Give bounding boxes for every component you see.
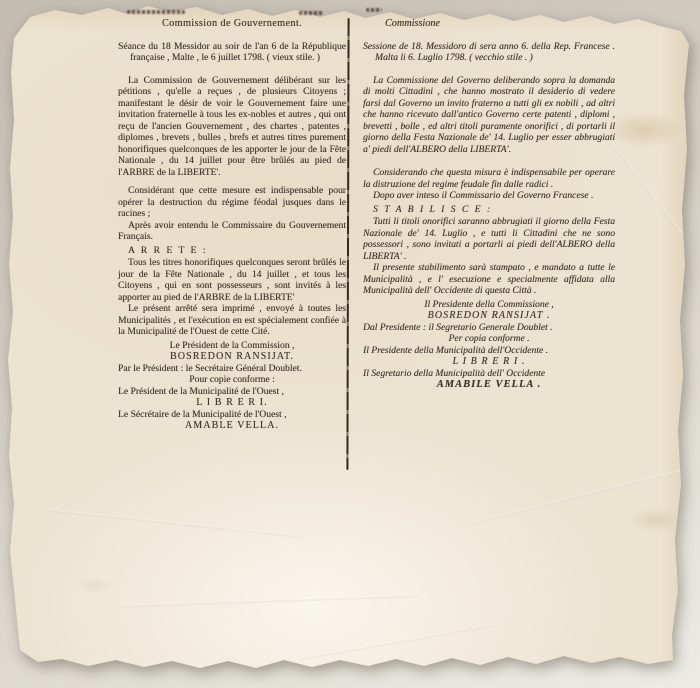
decree-paragraph-stampa: Il presente stabilimento sarà stampato ,…	[363, 262, 615, 297]
paragraph-commissario: Dopo aver inteso il Commissario del Gove…	[363, 190, 615, 202]
torn-text-remnant	[366, 8, 382, 12]
paper-crease	[43, 508, 302, 537]
paragraph-considerant: Considérant que cette mesure est indispe…	[118, 185, 346, 220]
paragraph-deliberazione: La Commissione del Governo deliberando s…	[363, 75, 615, 156]
paper-crease	[120, 595, 420, 607]
decree-paragraph-print: Le présent arrêté sera imprimé , envoyé …	[118, 303, 346, 338]
paper-crease	[607, 138, 682, 234]
signature-name-amabile-vella: AMABILE VELLA .	[363, 379, 615, 391]
signature-name-bosredon-ransijat: BOSREDON RANSIJAT.	[118, 351, 346, 363]
signature-line-presidente-municipalita: Il Presidente della Municipalità dell'Oc…	[363, 345, 615, 357]
italian-column: Commissione Sessione de 18. Messidoro di…	[363, 18, 615, 391]
french-column: Commission de Gouvernement. Séance du 18…	[118, 18, 346, 432]
paragraph-commissaire: Après avoir entendu le Commissaire du Go…	[118, 220, 346, 243]
signature-line-secretaire-municipalite: Le Sécrétaire de la Municipalité de l'Ou…	[118, 409, 346, 421]
signature-line-presidente-commissione: Il Presidente della Commissione ,	[363, 299, 615, 311]
session-line: Sessione de 18. Messidoro di sera anno 6…	[363, 41, 615, 64]
signature-name-libreri: L I B R E R I.	[118, 397, 346, 409]
signature-name-libreri: L I B R E R I .	[363, 356, 615, 368]
signature-name-amable-vella: AMABLE VELLA.	[118, 420, 346, 432]
signature-line-copia-conforme: Per copia conforme .	[363, 333, 615, 345]
paragraph-considerando: Considerando che questa misura è indispe…	[363, 167, 615, 190]
decree-heading: S T A B I L I S C E :	[363, 204, 615, 216]
paper-crease	[473, 470, 682, 524]
session-line: Séance du 18 Messidor au soir de l'an 6 …	[118, 41, 346, 64]
decree-paragraph-titles: Tous les titres honorifiques quelconques…	[118, 257, 346, 303]
signature-line-segretario-generale: Dal Presidente : il Segretario Generale …	[363, 322, 615, 334]
photograph: Commission de Gouvernement. Séance du 18…	[0, 0, 700, 688]
column-header: Commission de Gouvernement.	[118, 18, 346, 30]
column-header: Commissione	[363, 18, 615, 30]
signature-line-secretaire-general: Par le Président : le Secrétaire Général…	[118, 363, 346, 375]
signature-name-bosredon-ransijat: BOSREDON RANSIJAT .	[363, 310, 615, 322]
signature-line-segretario-municipalita: Il Segretario della Municipalità dell' O…	[363, 368, 615, 380]
decree-heading: A R R E T E :	[118, 245, 346, 257]
paragraph-deliberation: La Commission de Gouvernement délibérant…	[118, 75, 346, 179]
paper-crease	[301, 624, 493, 659]
signature-line-president-municipalite: Le Président de la Municipalité de l'Oue…	[118, 386, 346, 398]
torn-text-remnant	[299, 11, 323, 15]
decree-paragraph-titoli: Tutti li titoli onorifici saranno abbrug…	[363, 216, 615, 262]
signature-line-copie-conforme: Pour copie conforme :	[118, 374, 346, 386]
signature-line-president-commission: Le Président de la Commission ,	[118, 340, 346, 352]
torn-text-remnant	[127, 10, 185, 14]
